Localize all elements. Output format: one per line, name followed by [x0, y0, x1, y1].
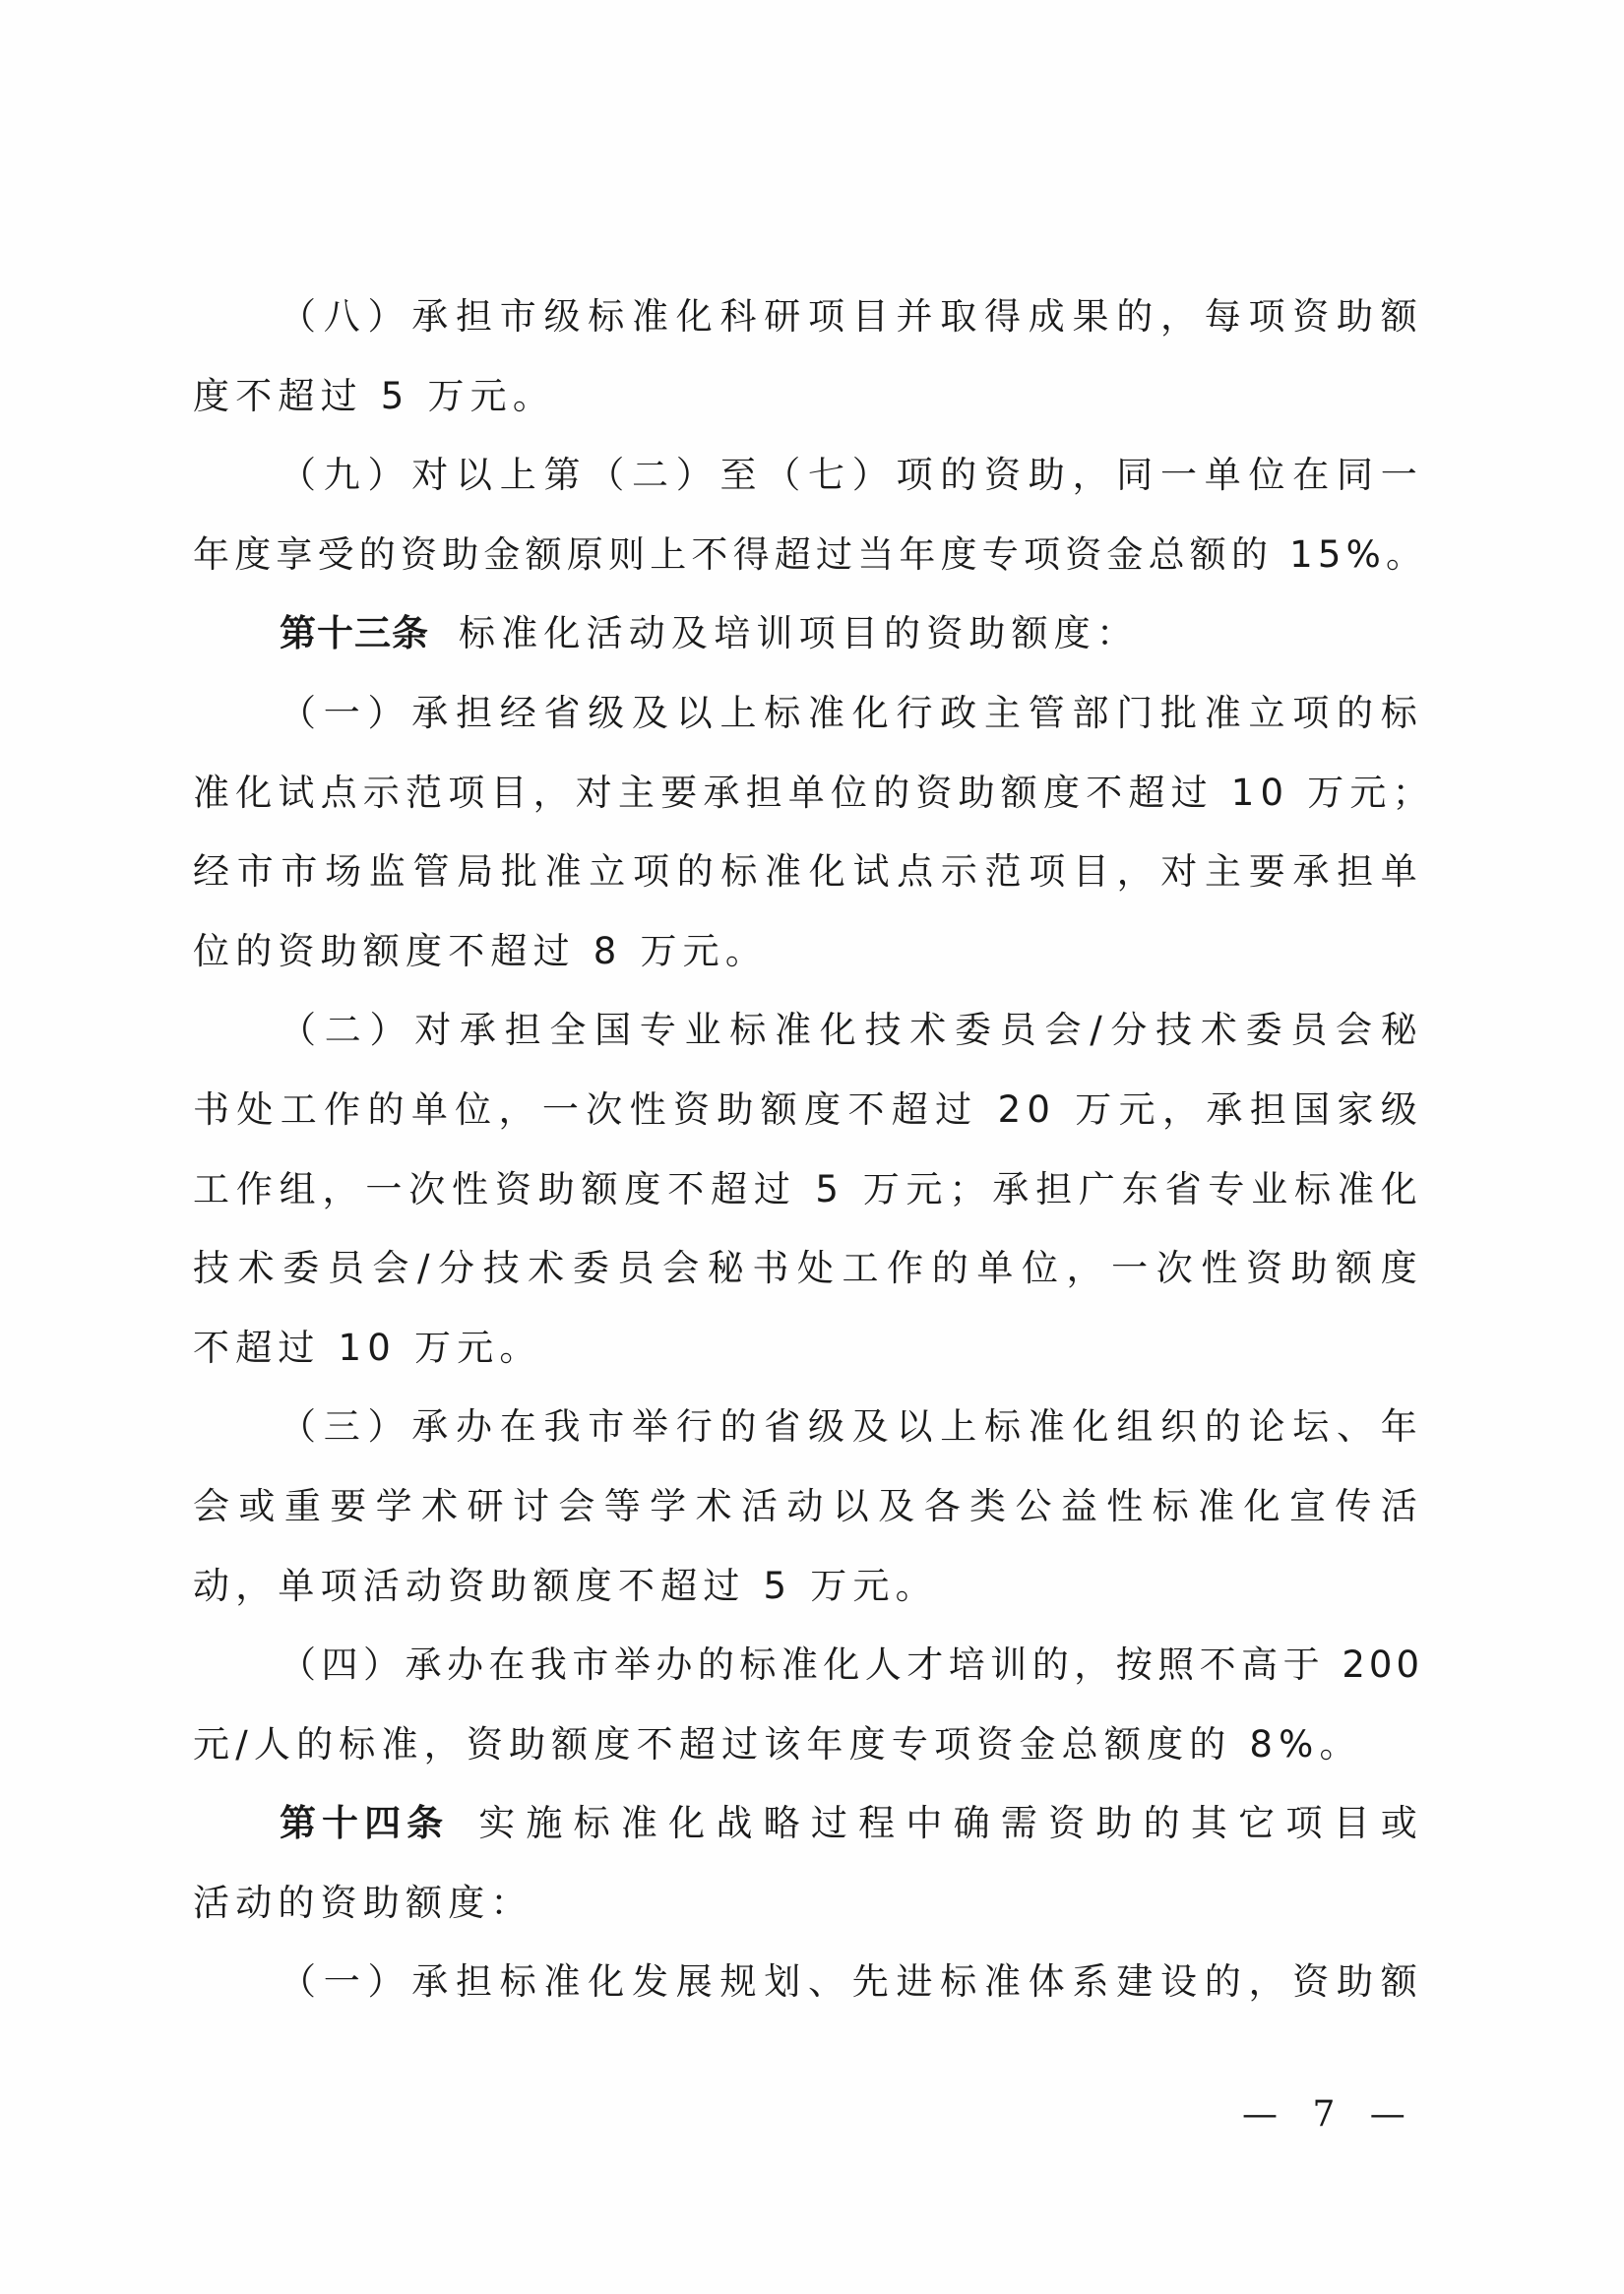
article-13-item-1-line-1: （一）承担经省级及以上标准化行政主管部门批准立项的标 — [193, 684, 1423, 764]
article-13-item-2-line-1: （二）对承担全国专业标准化技术委员会/分技术委员会秘 — [193, 1001, 1423, 1081]
article-13-item-1-line-3: 经市市场监管局批准立项的标准化试点示范项目，对主要承担单 — [193, 842, 1423, 922]
article-14-number: 第十四条 — [280, 1802, 449, 1844]
article-13-item-2-line-4: 技术委员会/分技术委员会秘书处工作的单位，一次性资助额度 — [193, 1239, 1423, 1319]
article-14-title-line-1: 实施标准化战略过程中确需资助的其它项目或 — [478, 1802, 1423, 1844]
article-13-item-1-line-2: 准化试点示范项目，对主要承担单位的资助额度不超过 10 万元； — [193, 764, 1423, 843]
paragraph-8-line-1: （八）承担市级标准化科研项目并取得成果的，每项资助额 — [193, 287, 1423, 367]
paragraph-9-line-2: 年度享受的资助金额原则上不得超过当年度专项资金总额的 15%。 — [193, 526, 1423, 605]
article-14-item-1-line-1: （一）承担标准化发展规划、先进标准体系建设的，资助额 — [193, 1953, 1423, 2032]
article-14-title-line-2: 活动的资助额度： — [193, 1874, 1423, 1953]
article-13-item-2-line-2: 书处工作的单位，一次性资助额度不超过 20 万元，承担国家级 — [193, 1081, 1423, 1160]
article-13-item-3-line-2: 会或重要学术研讨会等学术活动以及各类公益性标准化宣传活 — [193, 1477, 1423, 1557]
article-13-title: 标准化活动及培训项目的资助额度： — [459, 612, 1139, 654]
paragraph-8-line-2: 度不超过 5 万元。 — [193, 367, 1423, 447]
article-13-item-3-line-3: 动，单项活动资助额度不超过 5 万元。 — [193, 1557, 1423, 1637]
document-page: （八）承担市级标准化科研项目并取得成果的，每项资助额 度不超过 5 万元。 （九… — [0, 0, 1624, 2294]
paragraph-9-line-1: （九）对以上第（二）至（七）项的资助，同一单位在同一 — [193, 446, 1423, 526]
article-14-heading: 第十四条实施标准化战略过程中确需资助的其它项目或 — [193, 1794, 1423, 1874]
article-13-number: 第十三条 — [280, 612, 429, 654]
article-13-item-4-line-2: 元/人的标准，资助额度不超过该年度专项资金总额度的 8%。 — [193, 1715, 1423, 1795]
document-body: （八）承担市级标准化科研项目并取得成果的，每项资助额 度不超过 5 万元。 （九… — [193, 287, 1423, 2032]
article-13-item-2-line-3: 工作组，一次性资助额度不超过 5 万元；承担广东省专业标准化 — [193, 1160, 1423, 1240]
page-number: — 7 — — [1242, 2094, 1417, 2135]
article-13-item-4-line-1: （四）承办在我市举办的标准化人才培训的，按照不高于 200 — [193, 1636, 1423, 1715]
article-13-item-3-line-1: （三）承办在我市举行的省级及以上标准化组织的论坛、年 — [193, 1397, 1423, 1477]
article-13-heading: 第十三条标准化活动及培训项目的资助额度： — [193, 604, 1423, 684]
article-13-item-2-line-5: 不超过 10 万元。 — [193, 1319, 1423, 1398]
article-13-item-1-line-4: 位的资助额度不超过 8 万元。 — [193, 922, 1423, 1002]
